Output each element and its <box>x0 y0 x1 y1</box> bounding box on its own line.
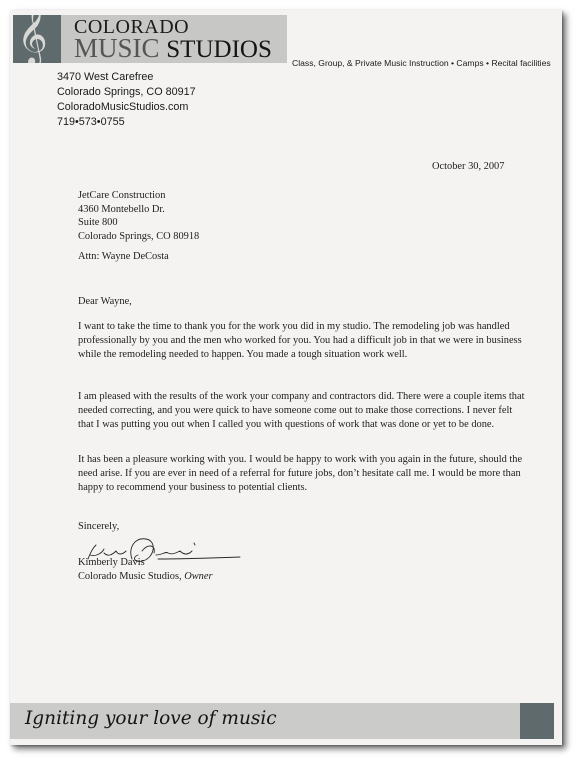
letterhead-logo: 𝄞 COLORADO MUSIC STUDIOS <box>13 15 287 63</box>
footer-accent-square <box>520 703 554 739</box>
attention-line: Attn: Wayne DeCosta <box>78 251 169 262</box>
signer-block: Kimberly Davis Colorado Music Studios, O… <box>78 556 213 583</box>
logo-name-line2: MUSIC STUDIOS <box>74 35 272 62</box>
body-paragraph: I am pleased with the results of the wor… <box>78 390 530 432</box>
recipient-line: Colorado Springs, CO 80918 <box>78 230 199 244</box>
studio-contact-block: 3470 West Carefree Colorado Springs, CO … <box>57 70 196 130</box>
studio-address-line2: Colorado Springs, CO 80917 <box>57 85 196 100</box>
recipient-line: Suite 800 <box>78 216 199 230</box>
closing: Sincerely, <box>78 521 119 532</box>
signer-org-line: Colorado Music Studios, Owner <box>78 570 213 584</box>
signer-title: Owner <box>184 571 212 582</box>
treble-clef-icon: 𝄞 <box>13 15 61 63</box>
body-paragraph: It has been a pleasure working with you.… <box>78 453 530 495</box>
studio-website: ColoradoMusicStudios.com <box>57 100 196 115</box>
body-paragraph: I want to take the time to thank you for… <box>78 320 530 362</box>
studio-phone: 719•573•0755 <box>57 115 196 130</box>
logo-studios: STUDIOS <box>166 36 272 63</box>
letter-date: October 30, 2007 <box>432 161 504 172</box>
signer-org: Colorado Music Studios, <box>78 571 182 582</box>
recipient-line: 4360 Montebello Dr. <box>78 203 199 217</box>
salutation: Dear Wayne, <box>78 296 132 307</box>
signer-name: Kimberly Davis <box>78 556 213 570</box>
services-tagline: Class, Group, & Private Music Instructio… <box>292 58 551 68</box>
studio-address-line1: 3470 West Carefree <box>57 70 196 85</box>
recipient-address: JetCare Construction 4360 Montebello Dr.… <box>78 189 199 243</box>
logo-music: MUSIC <box>74 33 160 63</box>
footer-tagline: Igniting your love of music <box>25 708 277 729</box>
recipient-line: JetCare Construction <box>78 189 199 203</box>
